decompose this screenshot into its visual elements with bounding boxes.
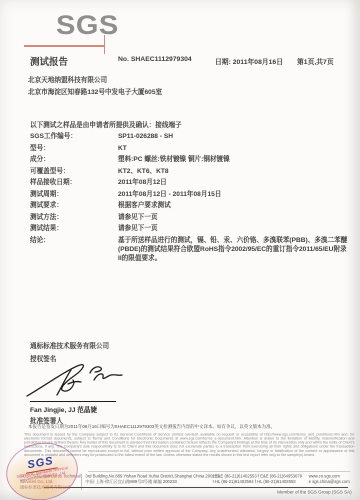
info-value: 2011年08月12日 - 2011年08月15日 xyxy=(118,190,350,199)
signature-line xyxy=(30,401,116,402)
info-value: 请参见下一页 xyxy=(118,213,350,222)
signatory-name: Fan Jingjie, JJ 范晶婕 xyxy=(30,404,97,414)
info-value: 请参见下一页 xyxy=(118,224,350,233)
info-label: 样品接收日期： xyxy=(30,178,118,187)
report-title: 测试报告 xyxy=(30,54,118,68)
info-row: 成分： 塑料:PC 螺丝:铁材镀镍 铜片:铜材镀镍 xyxy=(30,155,350,164)
info-label: 可覆盖型号： xyxy=(30,167,118,176)
info-label: 型号： xyxy=(30,144,118,153)
info-row: 测试方法： 请参见下一页 xyxy=(30,213,350,222)
member-line: Member of the SGS Group (SGS SA) xyxy=(278,490,352,495)
info-row: 测试要求： 根据客户要求测试 xyxy=(30,201,350,210)
logo-crossline xyxy=(104,35,105,54)
translation-note: 本报告是签发日期为2011年08月16日编号为SHAEC1112979303英文… xyxy=(28,423,360,429)
info-row: 测试结果： 请参见下一页 xyxy=(30,224,350,233)
info-row: 可覆盖型号： KT2、KT6、KT8 xyxy=(30,167,350,176)
footer-address-cn: 中国·上海·徐汇区宜山路889号3号楼 邮编 200233 xyxy=(85,479,212,484)
footer-bottom-rule xyxy=(44,487,348,488)
report-page: SGS 测试报告 No. SHAEC1112979304 日期: 2011年08… xyxy=(0,0,360,500)
info-label: 测试结果： xyxy=(30,224,118,233)
info-label: 测试方法： xyxy=(30,213,118,222)
footer-phone-2: t HL (86-21)61402594 f HL (86-21)6140255… xyxy=(213,479,309,484)
info-row-conclusion: 结论： 基于所送样品进行的测试，镉、铅、汞、六价铬、多溴联苯(PBB)、多溴二苯… xyxy=(30,236,350,264)
footer-email: e sgs.china@sgs.com xyxy=(309,479,355,484)
title-row: 测试报告 No. SHAEC1112979304 日期: 2011年08月16日… xyxy=(30,54,350,68)
sgs-stamp: SGS SGS-CSTC Standards Technical Service… xyxy=(2,437,83,500)
footer-top-divider xyxy=(88,471,350,472)
page-indicator: 第1页,共7页 xyxy=(297,54,334,68)
info-value: 塑料:PC 螺丝:铁材镀镍 铜片:铜材镀镍 xyxy=(118,155,350,164)
signature-image xyxy=(24,360,136,402)
info-row: 测试周期： 2011年08月12日 - 2011年08月15日 xyxy=(30,190,350,199)
logo-underline xyxy=(24,45,105,47)
info-value: 基于所送样品进行的测试，镉、铅、汞、六价铬、多溴联苯(PBB)、多溴二苯醚(PB… xyxy=(118,236,350,264)
sample-intro: 以下测试之样品是由申请者所提供及确认：接线端子 xyxy=(30,119,182,129)
applicant-block: 北京天地纳盟科技有限公司 北京市海淀区知春路132号中发电子大厦605室 xyxy=(28,75,162,99)
applicant-name: 北京天地纳盟科技有限公司 xyxy=(28,75,162,87)
info-value: KT2、KT6、KT8 xyxy=(118,167,350,176)
info-label: 测试周期： xyxy=(30,190,118,199)
info-label: 结论： xyxy=(30,236,118,264)
applicant-address: 北京市海淀区知春路132号中发电子大厦605室 xyxy=(28,87,162,99)
info-label: 成分： xyxy=(30,155,118,164)
issuer-company: 通标标准技术服务有限公司 xyxy=(30,340,109,350)
info-row: SGS工作编号： SP11-026288 - SH xyxy=(30,132,350,141)
sgs-logo: SGS xyxy=(56,11,119,41)
info-label: SGS工作编号： xyxy=(30,132,118,141)
sample-info-table: SGS工作编号： SP11-026288 - SH 型号： KT 成分： 塑料:… xyxy=(30,132,350,266)
info-value: KT xyxy=(118,144,350,153)
info-row: 样品接收日期： 2011年08月12日 xyxy=(30,178,350,187)
report-date: 日期: 2011年08月16日 xyxy=(215,54,297,68)
info-label: 测试要求： xyxy=(30,201,118,210)
info-value: 2011年08月12日 xyxy=(118,178,350,187)
info-value: SP11-026288 - SH xyxy=(118,132,350,141)
info-row: 型号： KT xyxy=(30,144,350,153)
info-value: 根据客户要求测试 xyxy=(118,201,350,210)
report-number: No. SHAEC1112979304 xyxy=(118,54,215,68)
